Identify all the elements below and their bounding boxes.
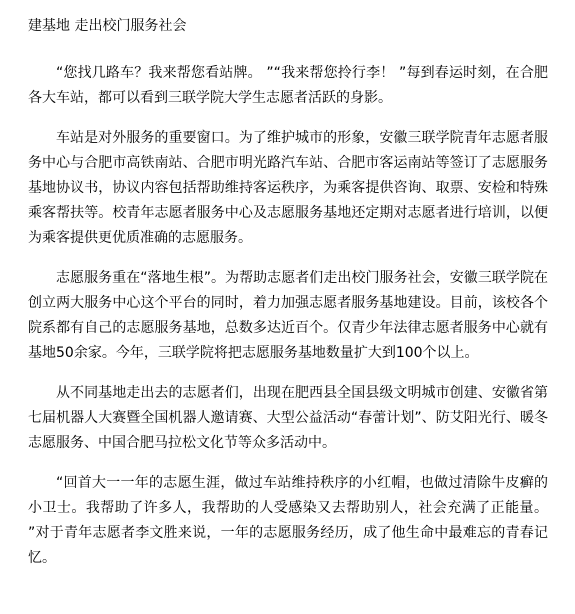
- paragraph-2: 车站是对外服务的重要窗口。为了维护城市的形象，安徽三联学院青年志愿者服务中心与合…: [28, 126, 548, 251]
- paragraph-1: “您找几路车？我来帮您看站牌。 ”“我来帮您拎行李！ ”每到春运时刻，在合肥各大…: [28, 61, 548, 111]
- article-title: 建基地 走出校门服务社会: [28, 14, 548, 39]
- paragraph-3: 志愿服务重在“落地生根”。为帮助志愿者们走出校门服务社会，安徽三联学院在创立两大…: [28, 266, 548, 366]
- article: 建基地 走出校门服务社会 “您找几路车？我来帮您看站牌。 ”“我来帮您拎行李！ …: [28, 14, 548, 586]
- paragraph-5: “回首大一一年的志愿生涯，做过车站维持秩序的小红帽，也做过清除牛皮癣的小卫士。我…: [28, 471, 548, 571]
- paragraph-4: 从不同基地走出去的志愿者们，出现在肥西县全国县级文明城市创建、安徽省第七届机器人…: [28, 381, 548, 456]
